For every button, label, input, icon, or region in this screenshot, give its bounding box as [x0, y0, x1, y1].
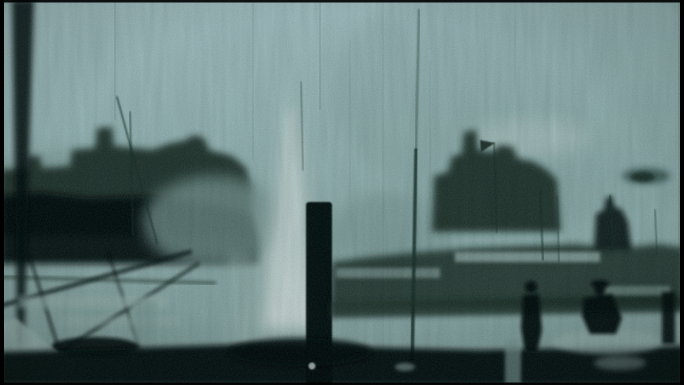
letterbox-right	[680, 0, 684, 385]
letterbox-left	[0, 0, 4, 385]
harbor-scene	[0, 0, 684, 385]
letterbox-top	[0, 0, 684, 3]
film-frame	[0, 0, 684, 385]
vignette	[0, 0, 684, 385]
